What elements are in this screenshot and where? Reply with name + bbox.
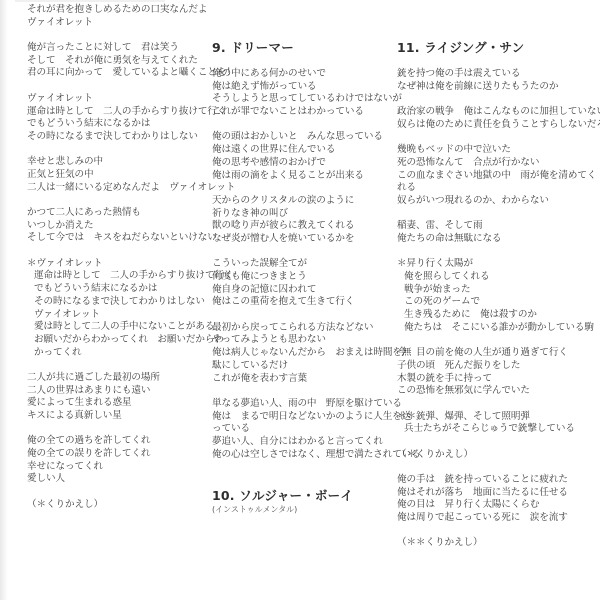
lyric-line: 戦争が始まった [397,284,587,297]
lyric-line: 俺の中にある何かのせいで [212,68,392,81]
lyric-line: ＊＊銃弾、爆弾、そして照明弾 [397,411,587,424]
lyric-line: いつしか消えた [27,220,202,233]
lyric-line: 俺たちの命は無駄になる [397,233,587,246]
scan-smudge [15,0,165,2]
stanza-break [27,144,202,157]
lyric-line: 俺の心は空しさではなく、理想で満たされている [212,449,392,462]
lyric-line: 最初から戻ってこられる方法などない [212,322,392,335]
lyric-line: 二人は一緒にいる定めなんだよ ヴァイオレット [27,182,202,195]
heading-spacer [397,56,587,68]
lyric-line: この恐怖を無邪気に学んでいた [397,385,587,398]
lyric-line: ヴァイオレット [27,93,202,106]
lyric-line: 俺の全ての誤りを許してくれ [27,448,202,461]
lyric-line: 俺自身の記憶に囚われて [212,284,392,297]
heading-spacer [212,56,392,68]
lyric-line: 政治家の戦争 俺はこんなものに加担していない [397,106,587,119]
lyric-line: 幸せになってくれ [27,461,202,474]
lyric-line: 生き残るために 俺は殺すのか [397,309,587,322]
lyric-line: この血なまぐさい地獄の中 雨が俺を清めてく [397,170,587,183]
song-title: 11. ライジング・サン [397,40,587,56]
lyric-line: （＊くりかえし） [397,449,587,462]
lyric-line: 俺は絶えず怖がっている [212,81,392,94]
lyric-line: （＊＊くりかえし） [397,537,587,550]
lyric-line: お願いだからわかってくれ お願いだからわ [27,334,202,347]
stanza-break [397,93,587,106]
lyric-line: そして それが俺に勇気を与えてくれた [27,55,202,68]
lyrics-column-1: それが君を抱きしめるための口実なんだよヴァイオレット俺が言ったことに対して 君は… [27,4,202,512]
lyric-line: なぜ炎が憎む人を焼いているかを [212,233,392,246]
lyric-line: 俺はこの重荷を抱えて生きて行く [212,296,392,309]
lyric-line: 俺は まるで明日などないかのように人生を送 [212,411,392,424]
lyric-line: 愛によって生まれる惑星 [27,397,202,410]
lyric-line: 君の耳に向かって 愛しているよと囁くことを！ [27,67,202,80]
stanza-break [27,29,202,42]
lyrics-column-2: 9. ドリーマー俺の中にある何かのせいで俺は絶えず怖がっているそうしようと思って… [212,40,392,515]
lyric-line: 死の恐怖なんて 合点が行かない [397,157,587,170]
lyric-line: その時になるまで決してわかりはしない [27,296,202,309]
stanza-break [27,423,202,436]
lyric-line: 俺は病人じゃないんだから おまえは時間を無 [212,347,392,360]
lyric-line: 俺が言ったことに対して 君は笑う [27,42,202,55]
lyric-line: それが君を抱きしめるための口実なんだよ [27,4,202,17]
lyric-line: 奴らは俺のために責任を負うことすらしないだろう [397,119,587,132]
lyric-line: 銃を持つ俺の手は震えている [397,68,587,81]
lyric-line: 運命は時として 二人の手からすり抜けて行く [27,106,202,119]
lyric-line: 俺は雨の滴をよく見ることが出来る [212,170,392,183]
lyric-line: 兵士たちがそこらじゅうで銃撃している [397,423,587,436]
lyric-line: っている [212,423,392,436]
lyric-line: やってみようとも思わない [212,334,392,347]
stanza-break [397,436,587,449]
lyric-line: かってくれ [27,347,202,360]
lyric-line: この死のゲームで [397,296,587,309]
stanza-break [397,246,587,259]
lyric-line: 単なる夢追い人、雨の中 野原を駆けている [212,398,392,411]
song-section: それが君を抱きしめるための口実なんだよヴァイオレット俺が言ったことに対して 君は… [27,4,202,512]
lyric-line: キスによる真新しい星 [27,410,202,423]
song-title: 10. ソルジャー・ボーイ [212,488,392,504]
lyric-line: 天からのクリスタルの涙のように [212,195,392,208]
stanza-break [397,131,587,144]
lyric-line: これが罪でないことはわかっている [212,106,392,119]
stanza-break [212,309,392,322]
lyrics-column-3: 11. ライジング・サン銃を持つ俺の手は震えているなぜ神は俺を前線に送りたもうた… [397,40,587,550]
lyric-line: ヴァイオレット [27,309,202,322]
page-edge-shadow [0,0,8,600]
lyric-line: ＊昇り行く太陽が [397,258,587,271]
lyric-line: 俺たちは そこにいる誰かが動かしている駒 [397,322,587,335]
stanza-break [27,194,202,207]
lyric-line: 愛は時として二人の手中にないことがある [27,321,202,334]
lyric-line: 今 目の前を俺の人生が通り過ぎて行く [397,347,587,360]
lyric-line: 俺の思考や感情のおかげで [212,157,392,170]
lyric-line: こういった誤解全てが [212,258,392,271]
stanza-break [212,119,392,132]
lyric-line: 何度も俺につきまとう [212,271,392,284]
lyric-line: 俺の全ての過ちを許してくれ [27,435,202,448]
stanza-break [397,208,587,221]
lyric-line: これが俺を表わす言葉 [212,373,392,386]
stanza-break [212,385,392,398]
lyric-line: でもどういう結末になるかは [27,118,202,131]
stanza-break [27,80,202,93]
lyric-line: 祈りなき神の叫び [212,208,392,221]
song-section: 9. ドリーマー俺の中にある何かのせいで俺は絶えず怖がっているそうしようと思って… [212,40,392,461]
lyric-line: 獣の唸り声が彼らに教えてくれる [212,220,392,233]
lyric-line: 稲妻、雷、そして雨 [397,220,587,233]
lyric-line: 駄にしているだけ [212,360,392,373]
song-subtitle: (インストゥルメンタル) [212,504,392,515]
lyric-line: 運命は時として 二人の手からすり抜けて行く [27,270,202,283]
stanza-break [397,461,587,474]
lyric-line: かつて二人にあった熱情も [27,207,202,220]
song-section: 10. ソルジャー・ボーイ(インストゥルメンタル) [212,488,392,515]
stanza-break [27,245,202,258]
song-title: 9. ドリーマー [212,40,392,56]
stanza-break [212,182,392,195]
lyric-line: 子供の頃 死んだ振りをした [397,360,587,373]
lyric-line: 木製の銃を手に持って [397,373,587,386]
stanza-break [212,246,392,259]
lyric-line: 夢追い人、自分にはわかると言ってくれ [212,436,392,449]
lyric-line: 幾晩もベッドの中で泣いた [397,144,587,157]
lyric-line: ヴァイオレット [27,17,202,30]
lyric-line: なぜ神は俺を前線に送りたもうたのか [397,81,587,94]
lyric-line: 俺の頭はおかしいと みんな思っている [212,131,392,144]
lyric-line: 俺の手は 銃を持っていることに疲れた [397,474,587,487]
lyric-line: そうしようと思ってしているわけではないが [212,93,392,106]
lyric-line: 俺は遠くの世界に住んでいる [212,144,392,157]
lyric-line: 奴らがいつ現れるのか、わからない [397,195,587,208]
stanza-break [27,359,202,372]
lyric-line: 幸せと悲しみの中 [27,156,202,169]
lyric-line: そして今では キスをねだらないといけない [27,232,202,245]
lyric-line: 俺の目は 昇り行く太陽にくらむ [397,499,587,512]
lyric-line: 俺はそれが落ち 地面に当たるに任せる [397,487,587,500]
lyric-line: 俺を照らしてくれる [397,271,587,284]
lyric-line: ＊ヴァイオレット [27,258,202,271]
song-section: 11. ライジング・サン銃を持つ俺の手は震えているなぜ神は俺を前線に送りたもうた… [397,40,587,550]
stanza-break [27,486,202,499]
lyric-line: 二人が共に過ごした最初の場所 [27,372,202,385]
lyric-line: でもどういう結末になるかは [27,283,202,296]
lyric-line: 愛しい人 [27,473,202,486]
lyric-line: 正気と狂気の中 [27,169,202,182]
stanza-break [397,525,587,538]
stanza-break [397,398,587,411]
lyric-line: れる [397,182,587,195]
lyric-line: その時になるまで決してわかりはしない [27,131,202,144]
stanza-break [397,334,587,347]
lyric-line: （＊くりかえし） [27,499,202,512]
lyric-line: 二人の世界はあまりにも遠い [27,385,202,398]
lyric-line: 俺は周りで起こっている死に 涙を流す [397,512,587,525]
